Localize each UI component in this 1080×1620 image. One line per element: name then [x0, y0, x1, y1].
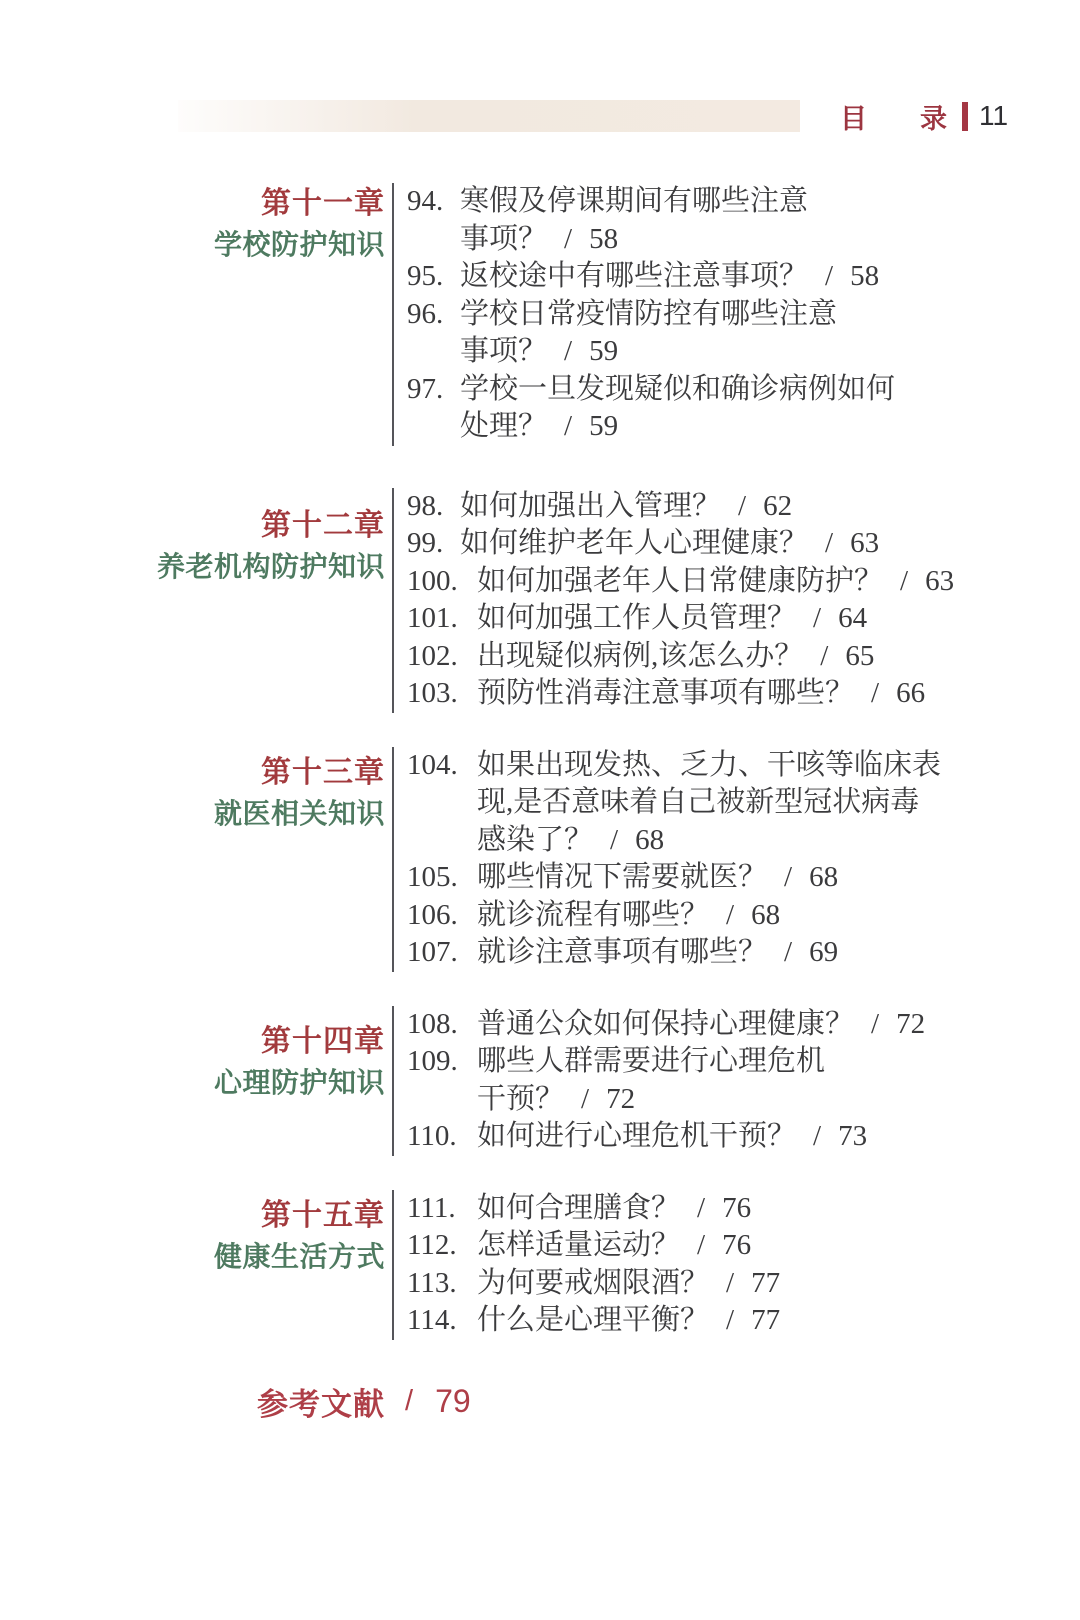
chapter-items: 104.如果出现发热、乏力、干咳等临床表现,是否意味着自己被新型冠状病毒感染了？… — [392, 747, 967, 972]
entry-number: 98. — [407, 488, 460, 526]
chapter-subtitle: 养老机构防护知识 — [0, 546, 385, 587]
toc-entry: 101.如何加强工作人员管理？/64 — [407, 600, 967, 638]
chapter-label: 第十二章养老机构防护知识 — [0, 488, 385, 587]
toc-entry: 112.怎样适量运动？/76 — [407, 1227, 967, 1265]
entry-text: 如何加强出入管理？ — [460, 490, 721, 522]
chapter-number: 第十四章 — [0, 1021, 385, 1062]
entry-text: 如何加强工作人员管理？ — [477, 602, 796, 634]
entry-text: 就诊注意事项有哪些？ — [477, 936, 767, 968]
entry-page-number: 63 — [925, 565, 954, 597]
entry-text: 如何合理膳食？ — [477, 1192, 680, 1224]
toc-entry: 102.出现疑似病例,该怎么办？/65 — [407, 638, 967, 676]
toc-page: 目 录 11 第十一章学校防护知识94.寒假及停课期间有哪些注意事项？/5895… — [0, 0, 1080, 1620]
entry-separator: / — [581, 1083, 589, 1115]
entry-number: 108. — [407, 1006, 477, 1044]
chapter-number: 第十一章 — [0, 183, 385, 224]
chapter-section: 第十二章养老机构防护知识98.如何加强出入管理？/6299.如何维护老年人心理健… — [0, 488, 1080, 713]
entry-number: 104. — [407, 747, 477, 785]
toc-entry: 105.哪些情况下需要就医？/68 — [407, 859, 967, 897]
header-decorative-band — [178, 100, 800, 132]
entry-separator: / — [726, 899, 734, 931]
chapter-label: 第十五章健康生活方式 — [0, 1190, 385, 1277]
entry-text: 干预？ — [477, 1083, 564, 1115]
chapter-label: 第十三章就医相关知识 — [0, 747, 385, 834]
chapter-subtitle: 心理防护知识 — [0, 1062, 385, 1103]
entry-number: 101. — [407, 600, 477, 638]
entry-separator: / — [726, 1304, 734, 1336]
entry-number: 100. — [407, 563, 477, 601]
entry-text: 预防性消毒注意事项有哪些？ — [477, 677, 854, 709]
entry-separator: / — [813, 1120, 821, 1152]
entry-separator: / — [784, 936, 792, 968]
entry-number: 97. — [407, 371, 460, 409]
entry-page-number: 66 — [896, 677, 925, 709]
entry-separator: / — [871, 1008, 879, 1040]
entry-separator: / — [697, 1229, 705, 1261]
entry-text: 什么是心理平衡？ — [477, 1304, 709, 1336]
toc-entry: 94.寒假及停课期间有哪些注意事项？/58 — [407, 183, 967, 258]
toc-entry: 100.如何加强老年人日常健康防护？/63 — [407, 563, 967, 601]
entry-text: 就诊流程有哪些？ — [477, 899, 709, 931]
entry-separator: / — [564, 223, 572, 255]
entry-text: 返校途中有哪些注意事项？ — [460, 260, 808, 292]
entry-separator: / — [564, 335, 572, 367]
chapter-section: 第十三章就医相关知识104.如果出现发热、乏力、干咳等临床表现,是否意味着自己被… — [0, 747, 1080, 972]
entry-text: 出现疑似病例,该怎么办？ — [477, 640, 803, 672]
entry-text: 如何维护老年人心理健康？ — [460, 527, 808, 559]
entry-separator: / — [820, 640, 828, 672]
entry-page-number: 76 — [722, 1192, 751, 1224]
entry-page-number: 65 — [845, 640, 874, 672]
entry-number: 96. — [407, 296, 460, 334]
references-separator: / — [405, 1385, 413, 1418]
entry-text: 现,是否意味着自己被新型冠状病毒 — [477, 786, 919, 818]
entry-number: 95. — [407, 258, 460, 296]
entry-page-number: 68 — [751, 899, 780, 931]
entry-page-number: 73 — [838, 1120, 867, 1152]
entry-text: 怎样适量运动？ — [477, 1229, 680, 1261]
toc-entry: 106.就诊流程有哪些？/68 — [407, 897, 967, 935]
chapter-section: 第十四章心理防护知识108.普通公众如何保持心理健康？/72109.哪些人群需要… — [0, 1006, 1080, 1156]
entry-number: 107. — [407, 934, 477, 972]
entry-number: 111. — [407, 1190, 477, 1228]
entry-text: 学校一旦发现疑似和确诊病例如何 — [460, 373, 895, 405]
entry-page-number: 72 — [606, 1083, 635, 1115]
page-title: 目 录 — [840, 97, 960, 136]
entry-text: 事项？ — [460, 335, 547, 367]
entry-separator: / — [738, 490, 746, 522]
toc-entry: 111.如何合理膳食？/76 — [407, 1190, 967, 1228]
entry-number: 94. — [407, 183, 460, 221]
entry-text: 学校日常疫情防控有哪些注意 — [460, 298, 837, 330]
entry-page-number: 64 — [838, 602, 867, 634]
entry-text: 如何进行心理危机干预？ — [477, 1120, 796, 1152]
entry-text: 感染了？ — [477, 824, 593, 856]
entry-text: 处理？ — [460, 410, 547, 442]
entry-text: 为何要戒烟限酒？ — [477, 1267, 709, 1299]
entry-page-number: 76 — [722, 1229, 751, 1261]
entry-separator: / — [900, 565, 908, 597]
entry-number: 103. — [407, 675, 477, 713]
entry-text: 事项？ — [460, 223, 547, 255]
toc-entry: 97.学校一旦发现疑似和确诊病例如何处理？/59 — [407, 371, 967, 446]
entry-text: 哪些情况下需要就医？ — [477, 861, 767, 893]
toc-sections: 第十一章学校防护知识94.寒假及停课期间有哪些注意事项？/5895.返校途中有哪… — [0, 183, 1080, 1374]
entry-separator: / — [825, 527, 833, 559]
entry-number: 106. — [407, 897, 477, 935]
header-page-number: 11 — [979, 100, 1008, 132]
toc-entry: 95.返校途中有哪些注意事项？/58 — [407, 258, 967, 296]
toc-entry: 113.为何要戒烟限酒？/77 — [407, 1265, 967, 1303]
entry-page-number: 59 — [589, 410, 618, 442]
chapter-items: 94.寒假及停课期间有哪些注意事项？/5895.返校途中有哪些注意事项？/589… — [392, 183, 967, 446]
entry-separator: / — [697, 1192, 705, 1224]
chapter-subtitle: 学校防护知识 — [0, 224, 385, 265]
toc-entry: 96.学校日常疫情防控有哪些注意事项？/59 — [407, 296, 967, 371]
entry-separator: / — [784, 861, 792, 893]
entry-text: 如果出现发热、乏力、干咳等临床表 — [477, 749, 941, 781]
entry-page-number: 68 — [809, 861, 838, 893]
entry-page-number: 69 — [809, 936, 838, 968]
chapter-section: 第十一章学校防护知识94.寒假及停课期间有哪些注意事项？/5895.返校途中有哪… — [0, 183, 1080, 446]
references-row: 参考文献 / 79 — [0, 1380, 1080, 1422]
chapter-label: 第十一章学校防护知识 — [0, 183, 385, 265]
header-title-group: 目 录 11 — [840, 99, 1008, 133]
entry-text: 寒假及停课期间有哪些注意 — [460, 185, 808, 217]
entry-page-number: 58 — [850, 260, 879, 292]
entry-text: 哪些人群需要进行心理危机 — [477, 1045, 825, 1077]
entry-separator: / — [564, 410, 572, 442]
entry-number: 113. — [407, 1265, 477, 1303]
entry-separator: / — [726, 1267, 734, 1299]
header-divider-bar — [962, 102, 968, 131]
toc-entry: 109.哪些人群需要进行心理危机干预？/72 — [407, 1043, 967, 1118]
page-header: 目 录 11 — [0, 99, 1080, 133]
entry-number: 99. — [407, 525, 460, 563]
chapter-number: 第十二章 — [0, 505, 385, 546]
chapter-items: 108.普通公众如何保持心理健康？/72109.哪些人群需要进行心理危机干预？/… — [392, 1006, 967, 1156]
references-label: 参考文献 — [0, 1379, 385, 1424]
entry-separator: / — [825, 260, 833, 292]
chapter-section: 第十五章健康生活方式111.如何合理膳食？/76112.怎样适量运动？/7611… — [0, 1190, 1080, 1340]
entry-page-number: 63 — [850, 527, 879, 559]
entry-number: 112. — [407, 1227, 477, 1265]
toc-entry: 114.什么是心理平衡？/77 — [407, 1302, 967, 1340]
entry-page-number: 62 — [763, 490, 792, 522]
toc-entry: 107.就诊注意事项有哪些？/69 — [407, 934, 967, 972]
entry-number: 109. — [407, 1043, 477, 1081]
chapter-number: 第十五章 — [0, 1195, 385, 1236]
chapter-subtitle: 健康生活方式 — [0, 1236, 385, 1277]
entry-page-number: 59 — [589, 335, 618, 367]
entry-number: 105. — [407, 859, 477, 897]
chapter-label: 第十四章心理防护知识 — [0, 1006, 385, 1103]
entry-separator: / — [610, 824, 618, 856]
entry-number: 114. — [407, 1302, 477, 1340]
toc-entry: 110.如何进行心理危机干预？/73 — [407, 1118, 967, 1156]
chapter-items: 111.如何合理膳食？/76112.怎样适量运动？/76113.为何要戒烟限酒？… — [392, 1190, 967, 1340]
chapter-items: 98.如何加强出入管理？/6299.如何维护老年人心理健康？/63100.如何加… — [392, 488, 967, 713]
chapter-number: 第十三章 — [0, 752, 385, 793]
references-page-number: 79 — [435, 1383, 471, 1420]
toc-entry: 108.普通公众如何保持心理健康？/72 — [407, 1006, 967, 1044]
entry-page-number: 58 — [589, 223, 618, 255]
entry-number: 102. — [407, 638, 477, 676]
entry-separator: / — [813, 602, 821, 634]
entry-page-number: 77 — [751, 1267, 780, 1299]
entry-page-number: 77 — [751, 1304, 780, 1336]
entry-text: 普通公众如何保持心理健康？ — [477, 1008, 854, 1040]
entry-number: 110. — [407, 1118, 477, 1156]
toc-entry: 99.如何维护老年人心理健康？/63 — [407, 525, 967, 563]
entry-separator: / — [871, 677, 879, 709]
entry-text: 如何加强老年人日常健康防护？ — [477, 565, 883, 597]
toc-entry: 98.如何加强出入管理？/62 — [407, 488, 967, 526]
chapter-subtitle: 就医相关知识 — [0, 793, 385, 834]
toc-entry: 104.如果出现发热、乏力、干咳等临床表现,是否意味着自己被新型冠状病毒感染了？… — [407, 747, 967, 860]
entry-page-number: 72 — [896, 1008, 925, 1040]
toc-entry: 103.预防性消毒注意事项有哪些？/66 — [407, 675, 967, 713]
entry-page-number: 68 — [635, 824, 664, 856]
